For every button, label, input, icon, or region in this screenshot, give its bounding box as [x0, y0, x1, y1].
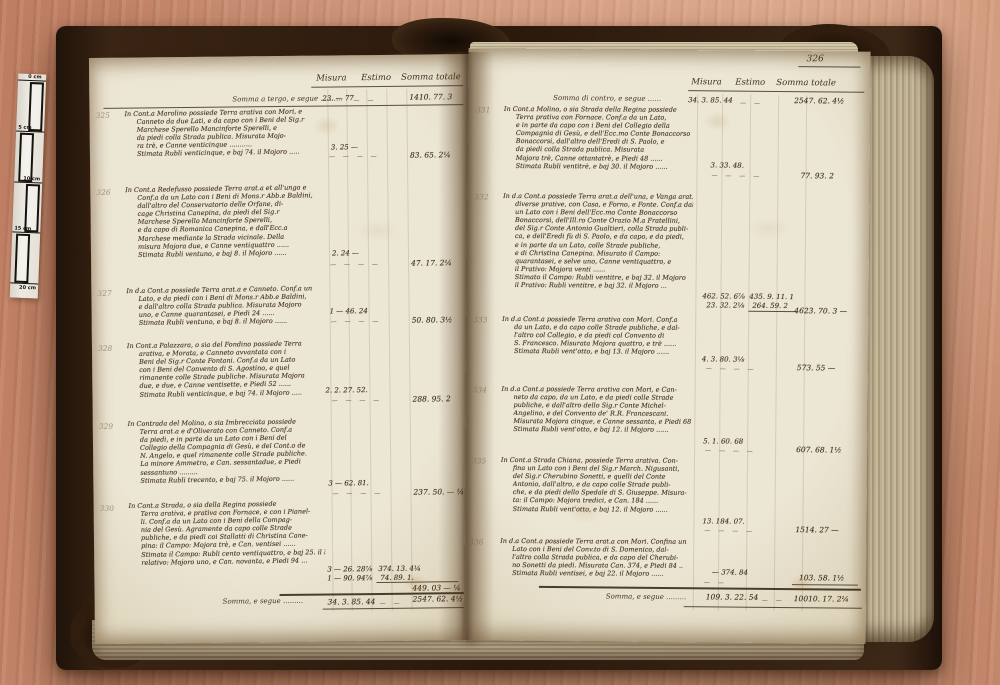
- entry-number: 325: [95, 111, 109, 120]
- dash-filler: — — — —: [705, 447, 756, 454]
- entry-misura: 462. 52. 6⅞: [702, 292, 744, 300]
- footer-label: Somma, e segue .........: [223, 597, 303, 606]
- dash-filler: — — — —: [711, 172, 762, 179]
- entry-number: 326: [96, 188, 110, 197]
- column-header-somma-totale: Somma totale: [776, 78, 836, 89]
- photo-canvas: Misura Estimo Somma totale Somma a tergo…: [0, 0, 1000, 685]
- column-header-misura: Misura: [691, 77, 721, 87]
- entry-number: 335: [472, 456, 486, 465]
- scale-label: 10 cm: [23, 176, 40, 183]
- entry-misura: 2. 24 —: [332, 249, 359, 257]
- column-rule: [406, 89, 412, 611]
- footer-somma: 10010. 17. 2¼: [794, 594, 849, 603]
- entry-misura: 3 — 26. 28⅞: [327, 565, 372, 573]
- entry-text: In d.a Cont.a possiede Terra arativa con…: [502, 315, 692, 356]
- subtotal-rule: [748, 311, 796, 312]
- scale-segment: [18, 133, 34, 183]
- entry-estimo: 435. 9. 11. 1: [749, 293, 794, 301]
- dash-filler: — — — —: [331, 318, 382, 326]
- column-header-misura: Misura: [316, 73, 346, 83]
- entry-somma: 83. 65. 2¼: [410, 150, 451, 159]
- footer-bottom-rule: [323, 607, 471, 610]
- entry-number: 327: [97, 289, 111, 298]
- entry-text: In Cont.a Strada, o sia della Regina pos…: [128, 499, 325, 567]
- scale-label: 0 cm: [28, 74, 42, 81]
- dash-filler: — —: [762, 597, 785, 604]
- measuring-scale: 0 cm 5 cm 10 cm 15 cm 20 cm: [10, 74, 47, 299]
- footer-misura: 34. 3. 85. 44: [328, 597, 376, 606]
- entry-number: 329: [99, 422, 113, 431]
- dash-filler: — —: [740, 100, 763, 107]
- dash-filler: — — — —: [704, 527, 755, 534]
- entry-text: In d.a Cont.a possiede Terra arativa con…: [501, 385, 691, 434]
- column-header-estimo: Estimo: [361, 73, 391, 83]
- scale-label: 5 cm: [18, 125, 32, 132]
- entry-number: 330: [100, 504, 114, 513]
- dash-filler: — — — —: [332, 397, 383, 405]
- entry-estimo: 374. 13. 4¼: [378, 565, 421, 573]
- dash-filler: — — — —: [706, 365, 757, 372]
- footer-label: Somma, e segue .........: [606, 592, 686, 601]
- folio-number: 326: [806, 54, 823, 64]
- dash-filler: — — — —: [330, 261, 381, 269]
- entry-somma: 77. 93. 2: [800, 171, 833, 180]
- scale-label: 15 cm: [14, 226, 31, 233]
- footer-somma: 2547. 62. 4½: [413, 594, 463, 604]
- header-underline: [311, 85, 463, 88]
- folio-underline: [798, 66, 860, 68]
- entry-somma: 103. 58. 1½: [799, 573, 845, 582]
- column-rule: [693, 94, 699, 610]
- scale-segment: [14, 234, 30, 284]
- entry-number: 332: [474, 192, 488, 201]
- entry-text: In Cont.a Molino, o sia Strada della Reg…: [504, 105, 694, 171]
- column-rule: [774, 95, 780, 611]
- entry-somma: 1514. 27 —: [795, 525, 838, 534]
- column-rule: [327, 90, 333, 612]
- header-underline: [688, 90, 864, 93]
- entry-estimo-2: 264. 59. 2: [752, 302, 788, 310]
- entry-misura: 5. 1. 60. 68: [703, 437, 743, 445]
- entry-text: In d.a Cont.a possiede Terra arat.a con …: [500, 537, 690, 578]
- entry-misura-2: 1 — 90. 94⅞: [327, 574, 372, 582]
- footer-misura: 109. 3. 22. 54: [706, 592, 759, 601]
- dash-filler: — — — —: [329, 153, 380, 161]
- column-header-somma-totale: Somma totale: [401, 72, 461, 83]
- entry-number: 328: [98, 344, 112, 353]
- entry-somma: 47. 17. 2¼: [411, 258, 452, 267]
- entry-text: In d.a Cont.a possiede Terra arat.a dell…: [503, 192, 693, 290]
- dash-filler: — —: [380, 600, 403, 607]
- entry-text: In Cont.a Redefusso possiede Terra arat.…: [125, 183, 322, 259]
- entry-misura: 1 — 46. 24: [330, 307, 368, 315]
- carry-misura: 34. 3. 85. 44: [688, 96, 733, 104]
- entry-misura: 3. 33. 48.: [711, 161, 744, 169]
- column-header-estimo: Estimo: [735, 78, 765, 88]
- left-page: Misura Estimo Somma totale Somma a tergo…: [89, 54, 477, 644]
- entry-text: In Cont.a Marolino possiede Terra arativ…: [124, 107, 321, 158]
- entry-misura-2: 23. 32. 2⅛: [706, 301, 744, 309]
- carry-somma: 1410. 77. 3: [409, 92, 452, 101]
- entry-misura: 3 — 62. 81.: [328, 479, 368, 487]
- footer-rule: [539, 586, 861, 591]
- entry-somma: 4623. 70. 3 —: [794, 306, 847, 315]
- entry-number: 334: [473, 385, 487, 394]
- entry-somma: 237. 50. — ¼: [413, 487, 464, 497]
- carry-misura: 23. — 77: [322, 94, 354, 102]
- column-rule: [346, 89, 352, 611]
- entry-text: In Cont.a Strada Chiana, possiede Terra …: [501, 456, 691, 513]
- scale-label: 20 cm: [19, 285, 36, 292]
- entry-number: 336: [469, 537, 483, 546]
- entry-misura: 4. 3. 80. 3⅛: [702, 355, 744, 363]
- dash-filler: — — — —: [332, 490, 383, 498]
- dash-filler: — —: [353, 97, 376, 104]
- entry-misura: — 374. 84: [712, 568, 748, 576]
- entry-somma: 50. 80. 3½: [412, 315, 453, 324]
- right-page: 326 Misura Estimo Somma totale Somma di …: [463, 48, 870, 643]
- entry-somma: 573. 55 —: [797, 363, 836, 372]
- entry-somma: 607. 68. 1½: [796, 445, 842, 454]
- entry-misura: 3. 25 —: [331, 143, 358, 151]
- column-rule: [386, 89, 392, 611]
- entry-misura: 2. 2. 27. 52.: [325, 386, 367, 394]
- entry-text: In d.a Cont.a possiede Terra arat.a e Ca…: [126, 284, 323, 327]
- entry-text: In Contrada del Molino, o sia Imbrecciat…: [128, 417, 325, 485]
- entry-somma: 288. 95. 2: [412, 394, 450, 403]
- entry-misura: 13. 184. 07.: [702, 517, 744, 525]
- carry-label: Somma di contro, e segue ......: [553, 94, 661, 103]
- entry-number: 333: [473, 315, 487, 324]
- entry-text: In Cont.a Palazzara, o sia del Fondino p…: [127, 339, 324, 399]
- carry-somma: 2547. 62. 4½: [794, 96, 844, 105]
- entry-number: 331: [476, 105, 490, 114]
- dash-filler: — —: [704, 579, 727, 586]
- column-rule: [366, 89, 372, 611]
